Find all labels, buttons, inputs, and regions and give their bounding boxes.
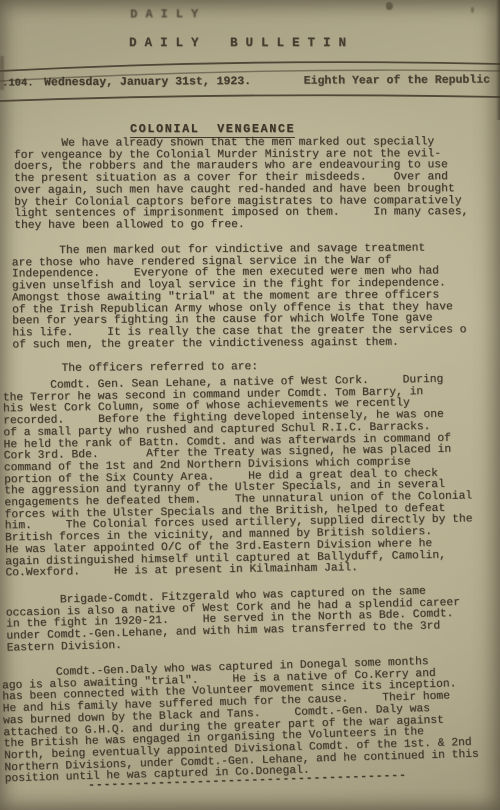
date-text: Wednesday, January 31st, 1923. — [44, 75, 251, 89]
headline: COLONIAL VENGEANCE — [130, 122, 295, 138]
paper-stain — [386, 2, 393, 10]
article-body: We have already shown that the men marke… — [14, 137, 500, 776]
paragraph: The men marked out for vindictive and sa… — [12, 243, 500, 352]
paragraph: Comdt. Gen. Sean Lehane, a native of Wes… — [3, 374, 500, 580]
document-page: DAILY DAILY BULLETIN .104. Wednesday, Ja… — [0, 0, 500, 810]
header-rules — [0, 0, 500, 110]
paper-stain — [471, 7, 474, 13]
paragraph: Comdt.-Gen.Daly who was captured in Done… — [2, 655, 500, 786]
paper-edge-shadow — [496, 0, 500, 120]
year-label: Eighth Year of the Republic — [304, 74, 490, 88]
paper-edge-mark — [0, 56, 4, 90]
paragraph: Brigade-Comdt. Fitzgerald who was captur… — [5, 585, 500, 655]
issue-number: .104. — [2, 77, 44, 89]
headline-wrap: COLONIAL VENGEANCE — [130, 119, 295, 137]
paragraph: We have already shown that the men marke… — [14, 137, 500, 232]
